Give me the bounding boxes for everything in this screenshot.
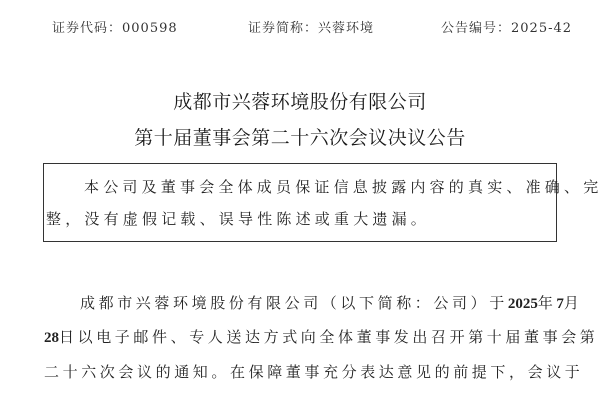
body-year-unit: 年 bbox=[538, 294, 557, 312]
body-text: 二十六次会议的通知。在保障董事充分表达意见的前提下，会议于 bbox=[44, 363, 583, 381]
body-paragraph-line-2: 28日以电子邮件、专人送达方式向全体董事发出召开第十届董事会第 bbox=[44, 326, 598, 347]
body-month: 7 bbox=[556, 296, 564, 312]
body-text: 日以电子邮件、专人送达方式向全体董事发出召开第十届董事会第 bbox=[59, 328, 598, 346]
securities-short-name-label: 证券简称： bbox=[248, 21, 318, 36]
disclaimer-box: 本公司及董事会全体成员保证信息披露内容的真实、准确、完 整，没有虚假记载、误导性… bbox=[43, 163, 557, 242]
body-paragraph-line-3: 二十六次会议的通知。在保障董事充分表达意见的前提下，会议于 bbox=[44, 361, 583, 382]
securities-code: 证券代码：000598 bbox=[52, 17, 178, 36]
body-year: 2025 bbox=[508, 296, 538, 312]
announcement-number-value: 2025-42 bbox=[511, 21, 572, 36]
announcement-title: 第十届董事会第二十六次会议决议公告 bbox=[0, 123, 600, 150]
securities-short-name-value: 兴蓉环境 bbox=[318, 21, 374, 36]
body-paragraph-line-1: 成都市兴蓉环境股份有限公司（以下简称：公司）于2025年7月 bbox=[80, 292, 583, 313]
document-header: 证券代码：000598 证券简称：兴蓉环境 公告编号：2025-42 bbox=[0, 17, 600, 37]
announcement-number-label: 公告编号： bbox=[441, 21, 511, 36]
securities-short-name: 证券简称：兴蓉环境 bbox=[248, 17, 374, 36]
disclaimer-line-2: 整，没有虚假记载、误导性陈述或重大遗漏。 bbox=[46, 208, 430, 229]
securities-code-value: 000598 bbox=[122, 21, 178, 36]
body-month-unit: 月 bbox=[564, 294, 583, 312]
securities-code-label: 证券代码： bbox=[52, 21, 122, 36]
announcement-number: 公告编号：2025-42 bbox=[441, 17, 572, 36]
company-name-title: 成都市兴蓉环境股份有限公司 bbox=[0, 87, 600, 114]
body-day: 28 bbox=[44, 330, 59, 346]
body-text: 成都市兴蓉环境股份有限公司（以下简称：公司）于 bbox=[80, 294, 508, 312]
disclaimer-line-1: 本公司及董事会全体成员保证信息披露内容的真实、准确、完 bbox=[84, 176, 600, 197]
